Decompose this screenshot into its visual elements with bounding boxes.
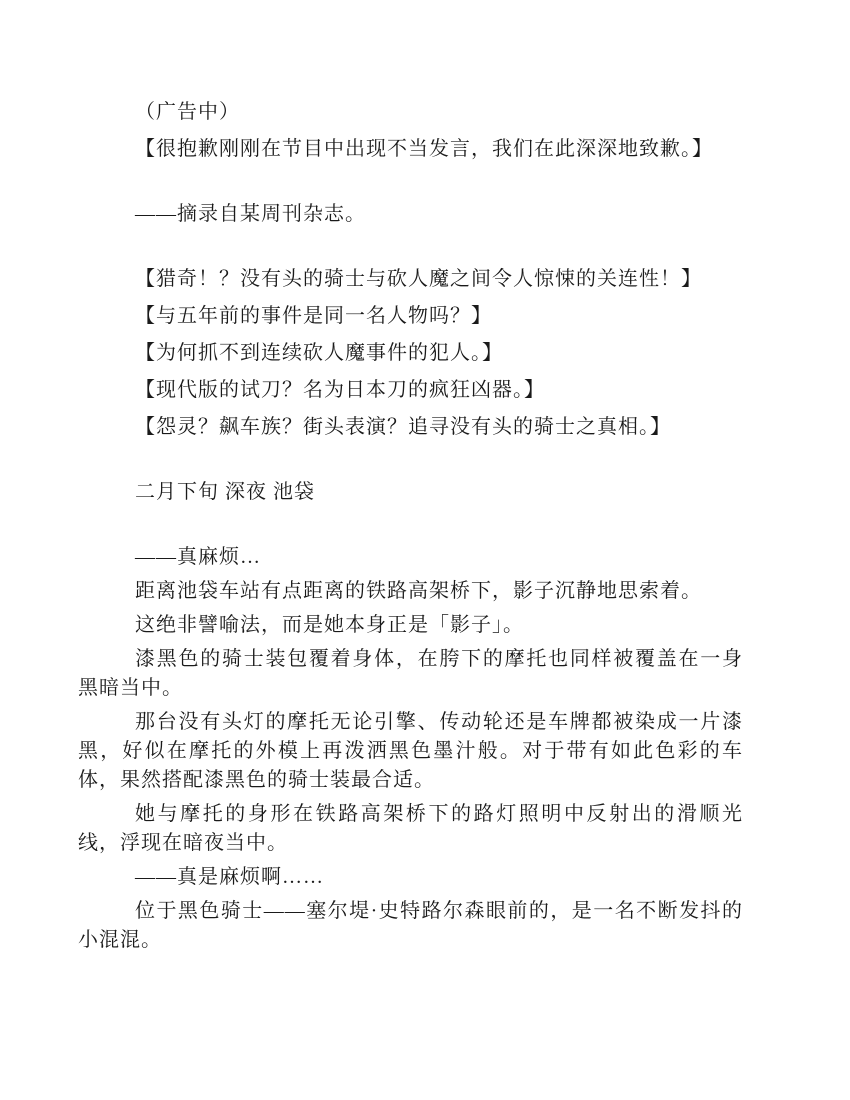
section-magazine-headlines: 【猎奇！？没有头的骑士与砍人魔之间令人惊悚的关连性！】 【与五年前的事件是同一名… (78, 265, 743, 442)
paragraph: 位于黑色骑士——塞尔堤·史特路尔森眼前的，是一名不断发抖的小混混。 (78, 897, 743, 955)
paragraph: 这绝非譬喻法，而是她本身正是「影子」。 (78, 611, 743, 640)
paragraph: 【为何抓不到连续砍人魔事件的犯人。】 (78, 339, 743, 368)
section-attribution: ——摘录自某周刊杂志。 (78, 200, 743, 229)
section-scene-heading: 二月下旬 深夜 池袋 (78, 478, 743, 507)
text-content: （广告中） 【很抱歉刚刚在节目中出现不当发言，我们在此深深地致歉。】 ——摘录自… (78, 98, 743, 960)
paragraph: 【现代版的试刀？名为日本刀的疯狂凶器。】 (78, 376, 743, 405)
paragraph: ——真麻烦… (78, 543, 743, 572)
paragraph: 【猎奇！？没有头的骑士与砍人魔之间令人惊悚的关连性！】 (78, 265, 743, 294)
paragraph: 她与摩托的身形在铁路高架桥下的路灯照明中反射出的滑顺光线，浮现在暗夜当中。 (78, 800, 743, 858)
section-broadcast-apology: （广告中） 【很抱歉刚刚在节目中出现不当发言，我们在此深深地致歉。】 (78, 98, 743, 164)
paragraph: ——真是麻烦啊…… (78, 863, 743, 892)
paragraph: 那台没有头灯的摩托无论引擎、传动轮还是车牌都被染成一片漆黑，好似在摩托的外模上再… (78, 708, 743, 795)
section-narrative: ——真麻烦… 距离池袋车站有点距离的铁路高架桥下，影子沉静地思索着。 这绝非譬喻… (78, 543, 743, 955)
paragraph: 【很抱歉刚刚在节目中出现不当发言，我们在此深深地致歉。】 (78, 135, 743, 164)
paragraph: 【与五年前的事件是同一名人物吗？】 (78, 302, 743, 331)
paragraph: 距离池袋车站有点距离的铁路高架桥下，影子沉静地思索着。 (78, 577, 743, 606)
paragraph: 漆黑色的骑士装包覆着身体，在胯下的摩托也同样被覆盖在一身黑暗当中。 (78, 645, 743, 703)
paragraph: 【怨灵？飙车族？街头表演？追寻没有头的骑士之真相。】 (78, 413, 743, 442)
paragraph: （广告中） (78, 98, 743, 127)
paragraph: ——摘录自某周刊杂志。 (78, 200, 743, 229)
scene-heading: 二月下旬 深夜 池袋 (78, 478, 743, 507)
novel-page: （广告中） 【很抱歉刚刚在节目中出现不当发言，我们在此深深地致歉。】 ——摘录自… (0, 0, 850, 1100)
